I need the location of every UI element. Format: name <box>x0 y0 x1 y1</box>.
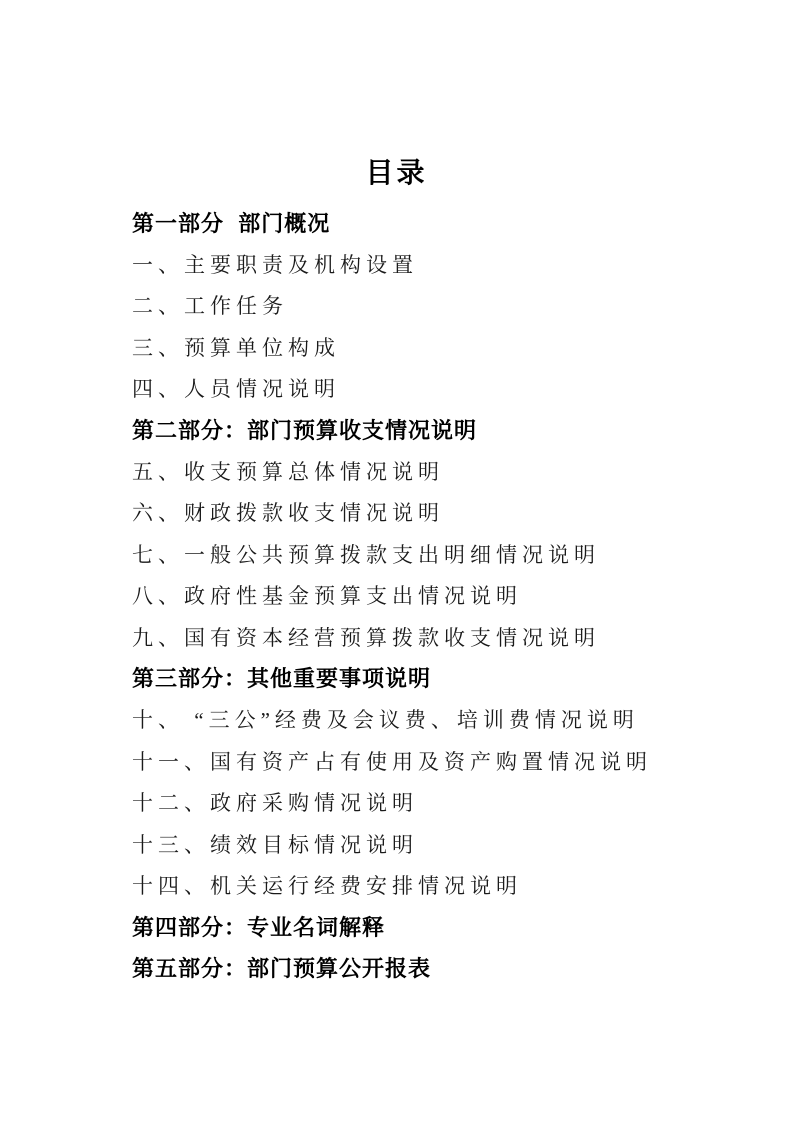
toc-part-heading: 第四部分：专业名词解释 <box>132 906 733 947</box>
toc-part-heading: 第三部分：其他重要事项说明 <box>132 657 733 698</box>
toc-item: 四、人员情况说明 <box>132 368 733 409</box>
toc-item: 十二、政府采购情况说明 <box>132 781 733 822</box>
toc-item: 一、主要职责及机构设置 <box>132 243 733 284</box>
toc-item: 十四、机关运行经费安排情况说明 <box>132 864 733 905</box>
toc-item: 九、国有资本经营预算拨款收支情况说明 <box>132 616 733 657</box>
toc-part-heading: 第二部分：部门预算收支情况说明 <box>132 409 733 450</box>
toc-item: 十、 “三公”经费及会议费、培训费情况说明 <box>132 699 733 740</box>
toc-part-heading: 第一部分 部门概况 <box>132 202 733 243</box>
toc-item: 二、工作任务 <box>132 285 733 326</box>
toc-item: 十三、绩效目标情况说明 <box>132 823 733 864</box>
toc-item: 十一、国有资产占有使用及资产购置情况说明 <box>132 740 733 781</box>
page-title: 目录 <box>0 157 793 189</box>
toc-item: 七、一般公共预算拨款支出明细情况说明 <box>132 533 733 574</box>
toc-item: 三、预算单位构成 <box>132 326 733 367</box>
toc-item: 六、财政拨款收支情况说明 <box>132 492 733 533</box>
toc-item: 五、收支预算总体情况说明 <box>132 450 733 491</box>
toc-part-heading: 第五部分：部门预算公开报表 <box>132 947 733 988</box>
toc-list: 第一部分 部门概况一、主要职责及机构设置二、工作任务三、预算单位构成四、人员情况… <box>132 202 733 988</box>
toc-item: 八、政府性基金预算支出情况说明 <box>132 575 733 616</box>
document-page: 目录 第一部分 部门概况一、主要职责及机构设置二、工作任务三、预算单位构成四、人… <box>0 0 793 1122</box>
